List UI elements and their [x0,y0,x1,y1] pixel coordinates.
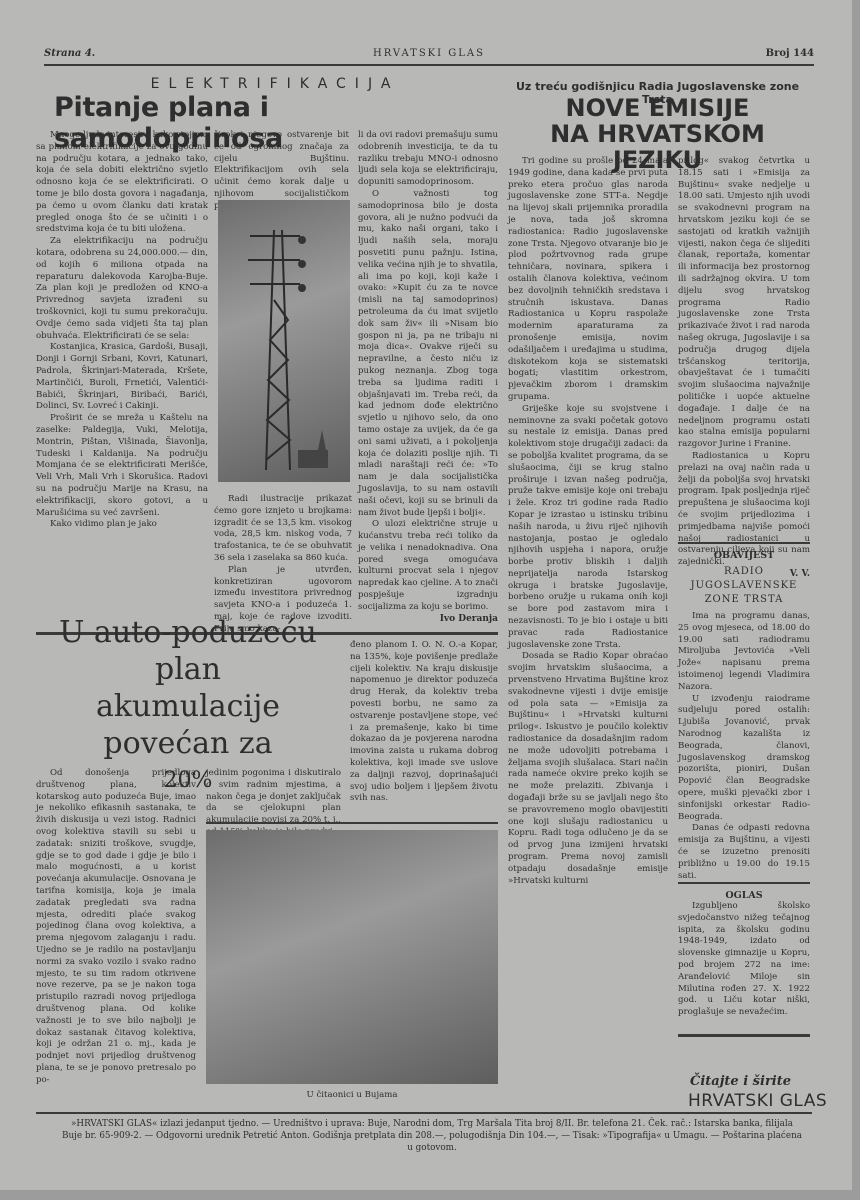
ad-box: OGLAS Izgubljeno školsko svjedočanstvo n… [678,890,810,1019]
divider [678,882,810,884]
article1-column-1: Mnoge ljude interesira kako stojimo sa p… [36,130,208,531]
article2-column-2: jedinim pogonima i diskutiralo o svim ra… [206,768,341,839]
paragraph: Od donošenja prijedloga društvenog plana… [36,768,196,1087]
notice-subtitle: RADIO JUGOSLAVENSKE ZONE TRSTA [678,565,810,607]
article2-column-1: Od donošenja prijedloga društvenog plana… [36,768,196,1087]
paragraph: li da ovi radovi premašuju sumu odobreni… [358,130,498,189]
divider [678,542,810,544]
article1-kicker: ELEKTRIFIKACIJA [140,76,410,92]
photo-caption: U čitaonici u Bujama [206,1090,498,1100]
paragraph: U izvođenju raiodrame sudjeluju pored os… [678,694,810,824]
reading-room-photo [206,830,498,1084]
pylon-icon [218,200,350,482]
headline-line: akumulacije povećan za [38,688,338,762]
footer-divider [36,1112,812,1114]
ad-title: OGLAS [678,890,810,901]
promo-line-1: Čitajte i širite [690,1074,791,1089]
imprint-footer: »HRVATSKI GLAS« izlazi jedanput tjedno. … [62,1118,802,1154]
paragraph: O važnosti tog samodoprinosa bilo je dos… [358,189,498,519]
issue-number: Broj 144 [766,48,814,59]
newspaper-title: HRVATSKI GLAS [44,48,814,59]
paragraph: Za elektrifikaciju na području kotara, o… [36,236,208,342]
divider [678,1034,810,1037]
paragraph: Radi ilustracije prikazat ćemo gore iznj… [214,494,352,565]
article1-signature: Ivo Deranja [358,614,498,626]
paragraph: Tri godine su prošle od 24 maja 1949 god… [508,156,668,404]
paragraph: Griješke koje su svojstvene i neminovne … [508,404,668,652]
paragraph: Izgubljeno školsko svjedočanstvo nižeg t… [678,901,810,1019]
notice-title: OBAVIJEST [678,550,810,561]
paragraph: jedinim pogonima i diskutiralo o svim ra… [206,768,341,839]
paragraph: đeno planom I. O. N. O.-a Kopar, na 135%… [350,640,498,805]
paragraph: Danas će odpasti redovna emisija za Bujš… [678,823,810,882]
paragraph: Dosada se Radio Kopar obraćao svojim hrv… [508,651,668,887]
headline-line: NOVE EMISIJE [505,95,810,121]
newspaper-page: Strana 4. HRVATSKI GLAS Broj 144 ELEKTRI… [0,0,852,1190]
paragraph: Mnoge ljude interesira kako stojimo sa p… [36,130,208,236]
masthead: Strana 4. HRVATSKI GLAS Broj 144 [44,46,814,66]
article3-column-1: Tri godine su prošle od 24 maja 1949 god… [508,156,668,887]
notice-box: OBAVIJEST RADIO JUGOSLAVENSKE ZONE TRSTA… [678,550,810,882]
article2-column-3: đeno planom I. O. N. O.-a Kopar, na 135%… [350,640,498,805]
paragraph: Ima na programu danas, 25 ovog mjeseca, … [678,611,810,694]
power-pylon-photo [218,200,350,482]
article1-column-3: li da ovi radovi premašuju sumu odobreni… [358,130,498,625]
paragraph: Kako vidimo plan je jako [36,519,208,531]
paragraph: O ulozi električne struje u kućanstvu tr… [358,519,498,613]
paragraph: Kostanjica, Krasica, Gardoši, Busaji, Do… [36,342,208,413]
headline-line: U auto-poduzeću plan [38,614,338,688]
article3-column-2: prilog« svakog četvrtka u 18.15 sati i »… [678,156,810,581]
promo-line-2: HRVATSKI GLAS [688,1091,827,1111]
divider [206,822,498,824]
paragraph: Proširit će se mreža u Kaštelu na zaselk… [36,413,208,519]
paragraph: prilog« svakog četvrtka u 18.15 sati i »… [678,156,810,451]
